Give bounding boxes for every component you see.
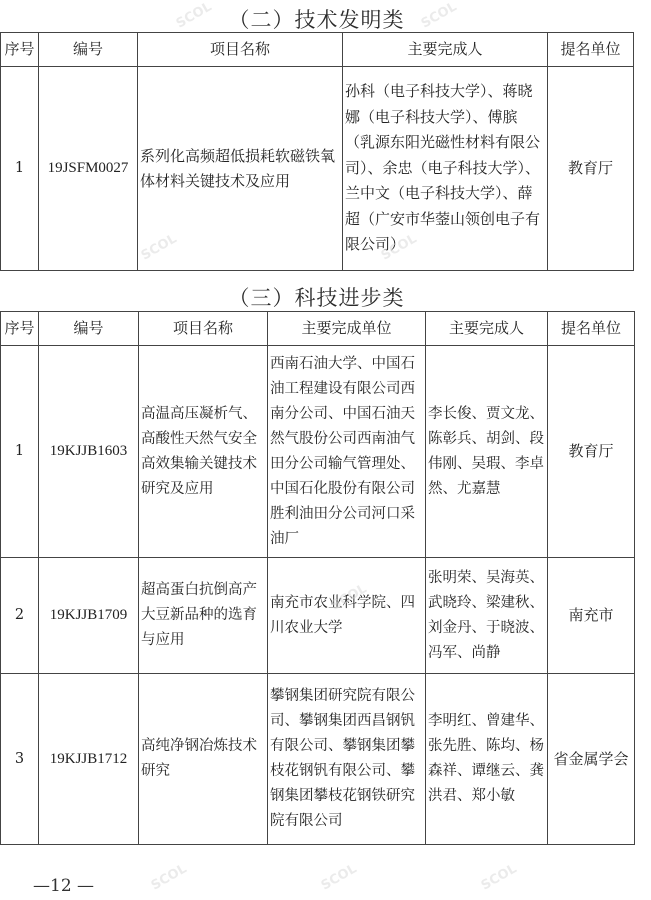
row-project-name: 超高蛋白抗倒高产大豆新品种的选育与应用 [139,558,268,674]
row-index: 1 [1,346,39,558]
header-code: 编号 [39,33,138,67]
header-project-name: 项目名称 [138,33,343,67]
row-code: 19KJJB1603 [39,346,139,558]
row-code: 19KJJB1712 [39,674,139,845]
row-nominator: 教育厅 [548,346,635,558]
header-nominator: 提名单位 [548,33,634,67]
row-project-name: 高纯净钢冶炼技术研究 [139,674,268,845]
header-main-persons: 主要完成人 [343,33,548,67]
watermark-logo: SCOL [479,861,520,893]
row-main-persons: 孙科（电子科技大学）、蒋晓娜（电子科技大学）、傅膑（乳源东阳光磁性材料有限公司）… [343,67,548,271]
row-main-persons: 李长俊、贾文龙、陈彰兵、胡剑、段伟刚、吴瑕、李卓然、尤嘉慧 [426,346,548,558]
table-row: 3 19KJJB1712 高纯净钢冶炼技术研究 攀钢集团研究院有限公司、攀钢集团… [1,674,635,845]
row-main-units: 攀钢集团研究院有限公司、攀钢集团西昌钢钒有限公司、攀钢集团攀枝花钢钒有限公司、攀… [268,674,426,845]
row-nominator: 省金属学会 [548,674,635,845]
row-main-persons: 李明红、曾建华、张先胜、陈均、杨森祥、谭继云、龚洪君、郑小敏 [426,674,548,845]
row-index: 2 [1,558,39,674]
sci-tech-progress-table: 序号 编号 项目名称 主要完成单位 主要完成人 提名单位 1 19KJJB160… [0,311,635,845]
table-row: 1 19KJJB1603 高温高压凝析气、高酸性天然气安全高效集输关键技术研究及… [1,346,635,558]
section-title-sci-tech-progress: （三）科技进步类 [0,282,633,312]
table-header-row: 序号 编号 项目名称 主要完成人 提名单位 [1,33,634,67]
section-title-tech-invention: （二）技术发明类 [0,4,633,34]
row-main-units: 南充市农业科学院、四川农业大学 [268,558,426,674]
table-header-row: 序号 编号 项目名称 主要完成单位 主要完成人 提名单位 [1,312,635,346]
row-nominator: 教育厅 [548,67,634,271]
row-main-persons: 张明荣、吴海英、武晓玲、梁建秋、刘金丹、于晓波、冯军、尚静 [426,558,548,674]
watermark-logo: SCOL [149,861,190,893]
table-row: 2 19KJJB1709 超高蛋白抗倒高产大豆新品种的选育与应用 南充市农业科学… [1,558,635,674]
watermark-logo: SCOL [319,861,360,893]
tech-invention-table: 序号 编号 项目名称 主要完成人 提名单位 1 19JSFM0027 系列化高频… [0,32,634,271]
row-main-units: 西南石油大学、中国石油工程建设有限公司西南分公司、中国石油天然气股份公司西南油气… [268,346,426,558]
table-row: 1 19JSFM0027 系列化高频超低损耗软磁铁氧体材料关键技术及应用 孙科（… [1,67,634,271]
row-project-name: 系列化高频超低损耗软磁铁氧体材料关键技术及应用 [138,67,343,271]
row-index: 1 [1,67,39,271]
header-main-persons: 主要完成人 [426,312,548,346]
row-code: 19JSFM0027 [39,67,138,271]
header-code: 编号 [39,312,139,346]
header-main-units: 主要完成单位 [268,312,426,346]
header-nominator: 提名单位 [548,312,635,346]
page-number: —12 — [33,876,94,896]
row-nominator: 南充市 [548,558,635,674]
header-project-name: 项目名称 [139,312,268,346]
row-index: 3 [1,674,39,845]
row-project-name: 高温高压凝析气、高酸性天然气安全高效集输关键技术研究及应用 [139,346,268,558]
header-index: 序号 [1,312,39,346]
row-code: 19KJJB1709 [39,558,139,674]
header-index: 序号 [1,33,39,67]
